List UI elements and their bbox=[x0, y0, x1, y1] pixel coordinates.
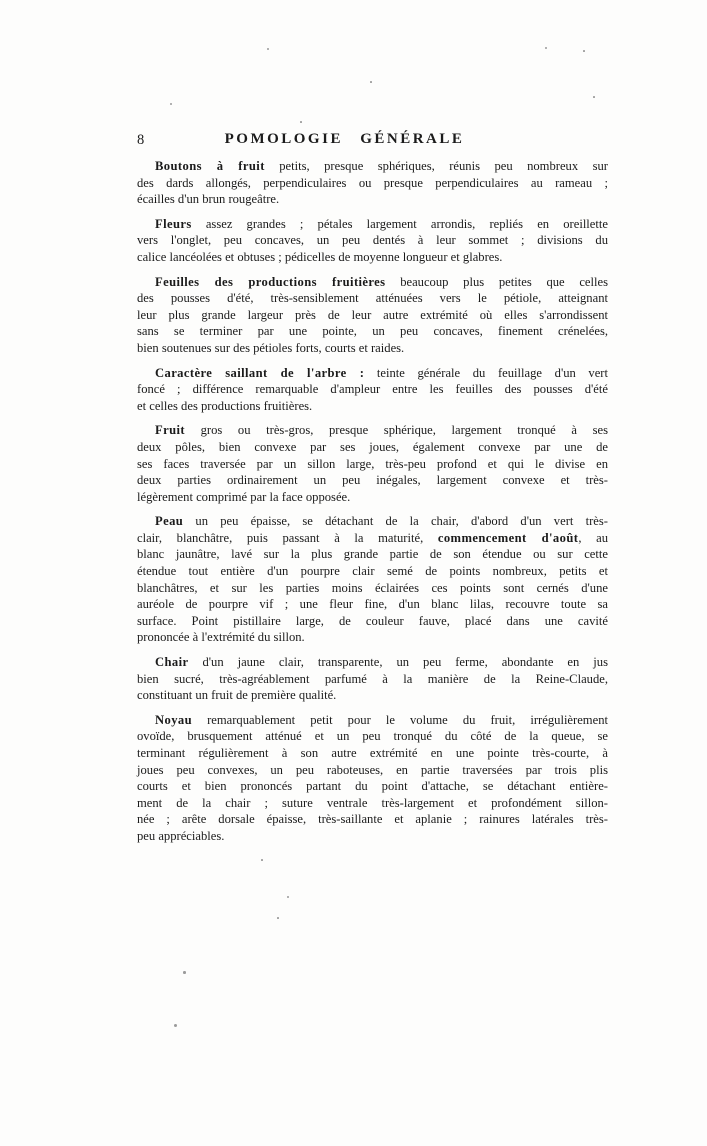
text-line: calice lancéolées et obtuses ; pédicelle… bbox=[137, 249, 608, 266]
text-line: Fruit gros ou très-gros, presque sphériq… bbox=[137, 422, 608, 439]
text-line: étendue tout entière d'un pourpre clair … bbox=[137, 563, 608, 580]
text-segment: deux pôles, bien convexe par ses joues, … bbox=[137, 440, 608, 454]
bold-term: Fleurs bbox=[155, 217, 192, 231]
text-segment: , au bbox=[578, 531, 608, 545]
text-line: auréole de pourpre vif ; une fleur fine,… bbox=[137, 596, 608, 613]
bold-term: Boutons à fruit bbox=[155, 159, 265, 173]
text-line: terminant régulièrement à son autre extr… bbox=[137, 745, 608, 762]
text-line: sans se terminer par une pointe, un peu … bbox=[137, 323, 608, 340]
scan-speck bbox=[170, 103, 172, 105]
text-line: joues peu convexes, un peu raboteuses, e… bbox=[137, 762, 608, 779]
text-line: deux pôles, bien convexe par ses joues, … bbox=[137, 439, 608, 456]
text-line: Chair d'un jaune clair, transparente, un… bbox=[137, 654, 608, 671]
text-segment: terminant régulièrement à son autre extr… bbox=[137, 746, 608, 760]
text-line: Feuilles des productions fruitières beau… bbox=[137, 274, 608, 291]
text-segment: blanchâtres, et sur les parties moins éc… bbox=[137, 581, 608, 595]
scan-speck bbox=[174, 1024, 177, 1027]
text-segment: beaucoup plus petites que celles bbox=[385, 275, 608, 289]
running-head-title: POMOLOGIE GÉNÉRALE bbox=[0, 131, 698, 148]
text-segment: des pousses d'été, très-sensiblement att… bbox=[137, 291, 608, 305]
paragraph: Caractère saillant de l'arbre : teinte g… bbox=[137, 365, 608, 415]
text-segment: sans se terminer par une pointe, un peu … bbox=[137, 324, 608, 338]
text-line: peu appréciables. bbox=[137, 828, 608, 845]
text-segment: née ; arête dorsale épaisse, très-sailla… bbox=[137, 812, 608, 826]
bold-term: Peau bbox=[155, 514, 183, 528]
text-segment: peu appréciables. bbox=[137, 829, 224, 843]
text-segment: prononcée à l'extrémité du sillon. bbox=[137, 630, 305, 644]
text-segment: et celles des productions fruitières. bbox=[137, 399, 312, 413]
scan-speck bbox=[183, 971, 186, 974]
text-line: légèrement comprimé par la face opposée. bbox=[137, 489, 608, 506]
text-line: surface. Point pistillaire large, de cou… bbox=[137, 613, 608, 630]
paragraph: Fruit gros ou très-gros, presque sphériq… bbox=[137, 422, 608, 505]
scan-speck bbox=[287, 896, 289, 898]
text-segment: blanc jaunâtre, lavé sur la plus grande … bbox=[137, 547, 608, 561]
paragraph: Fleurs assez grandes ; pétales largement… bbox=[137, 216, 608, 266]
scan-speck bbox=[545, 47, 547, 49]
text-line: vers l'onglet, peu concaves, un peu dent… bbox=[137, 232, 608, 249]
bold-term: Caractère saillant de l'arbre : bbox=[155, 366, 364, 380]
text-line: bien sucré, très-agréablement parfumé à … bbox=[137, 671, 608, 688]
text-segment: bien soutenues sur des pétioles forts, c… bbox=[137, 341, 404, 355]
text-line: ment de la chair ; suture ventrale très-… bbox=[137, 795, 608, 812]
scan-speck bbox=[267, 48, 269, 50]
text-line: foncé ; différence remarquable d'ampleur… bbox=[137, 381, 608, 398]
text-segment: bien sucré, très-agréablement parfumé à … bbox=[137, 672, 608, 686]
text-line: clair, blanchâtre, puis passant à la mat… bbox=[137, 530, 608, 547]
text-segment: leur plus grande largeur près de leur au… bbox=[137, 308, 608, 322]
text-line: blanc jaunâtre, lavé sur la plus grande … bbox=[137, 546, 608, 563]
bold-term: Feuilles des productions fruitières bbox=[155, 275, 385, 289]
scan-speck bbox=[593, 96, 595, 98]
text-line: des dards allongés, perpendiculaires ou … bbox=[137, 175, 608, 192]
text-segment: calice lancéolées et obtuses ; pédicelle… bbox=[137, 250, 502, 264]
text-line: bien soutenues sur des pétioles forts, c… bbox=[137, 340, 608, 357]
paragraph: Chair d'un jaune clair, transparente, un… bbox=[137, 654, 608, 704]
text-line: leur plus grande largeur près de leur au… bbox=[137, 307, 608, 324]
body-text-column: Boutons à fruit petits, presque sphériqu… bbox=[137, 158, 608, 853]
bold-term: Chair bbox=[155, 655, 188, 669]
bold-term: commencement d'août bbox=[438, 531, 578, 545]
text-line: blanchâtres, et sur les parties moins éc… bbox=[137, 580, 608, 597]
text-segment: assez grandes ; pétales largement arrond… bbox=[192, 217, 608, 231]
text-segment: étendue tout entière d'un pourpre clair … bbox=[137, 564, 608, 578]
paragraph: Peau un peu épaisse, se détachant de la … bbox=[137, 513, 608, 646]
bold-term: Noyau bbox=[155, 713, 192, 727]
text-line: ses faces traversée par un sillon large,… bbox=[137, 456, 608, 473]
paragraph: Noyau remarquablement petit pour le volu… bbox=[137, 712, 608, 845]
text-segment: d'un jaune clair, transparente, un peu f… bbox=[188, 655, 608, 669]
scan-speck bbox=[277, 917, 279, 919]
text-line: courts et bien prononcés partant du poin… bbox=[137, 778, 608, 795]
text-segment: petits, presque sphériques, réunis peu n… bbox=[265, 159, 608, 173]
text-segment: écailles d'un brun rougeâtre. bbox=[137, 192, 279, 206]
scan-speck bbox=[300, 121, 302, 123]
text-line: deux parties ordinairement un peu inégal… bbox=[137, 472, 608, 489]
text-line: ovoïde, brusquement atténué et un peu tr… bbox=[137, 728, 608, 745]
text-line: Noyau remarquablement petit pour le volu… bbox=[137, 712, 608, 729]
text-segment: gros ou très-gros, presque sphérique, la… bbox=[185, 423, 608, 437]
text-segment: teinte générale du feuillage d'un vert bbox=[364, 366, 608, 380]
text-line: Peau un peu épaisse, se détachant de la … bbox=[137, 513, 608, 530]
text-segment: ses faces traversée par un sillon large,… bbox=[137, 457, 608, 471]
text-line: constituant un fruit de première qualité… bbox=[137, 687, 608, 704]
text-line: écailles d'un brun rougeâtre. bbox=[137, 191, 608, 208]
text-segment: des dards allongés, perpendiculaires ou … bbox=[137, 176, 608, 190]
text-segment: auréole de pourpre vif ; une fleur fine,… bbox=[137, 597, 608, 611]
scan-speck bbox=[583, 50, 585, 52]
paragraph: Feuilles des productions fruitières beau… bbox=[137, 274, 608, 357]
book-page-scan: 8 POMOLOGIE GÉNÉRALE Boutons à fruit pet… bbox=[0, 0, 707, 1146]
text-line: née ; arête dorsale épaisse, très-sailla… bbox=[137, 811, 608, 828]
scan-speck bbox=[261, 859, 263, 861]
text-segment: joues peu convexes, un peu raboteuses, e… bbox=[137, 763, 608, 777]
text-line: Fleurs assez grandes ; pétales largement… bbox=[137, 216, 608, 233]
text-segment: foncé ; différence remarquable d'ampleur… bbox=[137, 382, 608, 396]
text-segment: légèrement comprimé par la face opposée. bbox=[137, 490, 350, 504]
text-line: et celles des productions fruitières. bbox=[137, 398, 608, 415]
text-line: des pousses d'été, très-sensiblement att… bbox=[137, 290, 608, 307]
text-segment: deux parties ordinairement un peu inégal… bbox=[137, 473, 608, 487]
text-segment: courts et bien prononcés partant du poin… bbox=[137, 779, 608, 793]
text-line: Caractère saillant de l'arbre : teinte g… bbox=[137, 365, 608, 382]
text-line: prononcée à l'extrémité du sillon. bbox=[137, 629, 608, 646]
text-segment: un peu épaisse, se détachant de la chair… bbox=[183, 514, 608, 528]
text-segment: constituant un fruit de première qualité… bbox=[137, 688, 336, 702]
text-segment: vers l'onglet, peu concaves, un peu dent… bbox=[137, 233, 608, 247]
text-line: Boutons à fruit petits, presque sphériqu… bbox=[137, 158, 608, 175]
paragraph: Boutons à fruit petits, presque sphériqu… bbox=[137, 158, 608, 208]
bold-term: Fruit bbox=[155, 423, 185, 437]
text-segment: ment de la chair ; suture ventrale très-… bbox=[137, 796, 608, 810]
text-segment: clair, blanchâtre, puis passant à la mat… bbox=[137, 531, 438, 545]
scan-speck bbox=[370, 81, 372, 83]
text-segment: remarquablement petit pour le volume du … bbox=[192, 713, 608, 727]
text-segment: ovoïde, brusquement atténué et un peu tr… bbox=[137, 729, 608, 743]
text-segment: surface. Point pistillaire large, de cou… bbox=[137, 614, 608, 628]
